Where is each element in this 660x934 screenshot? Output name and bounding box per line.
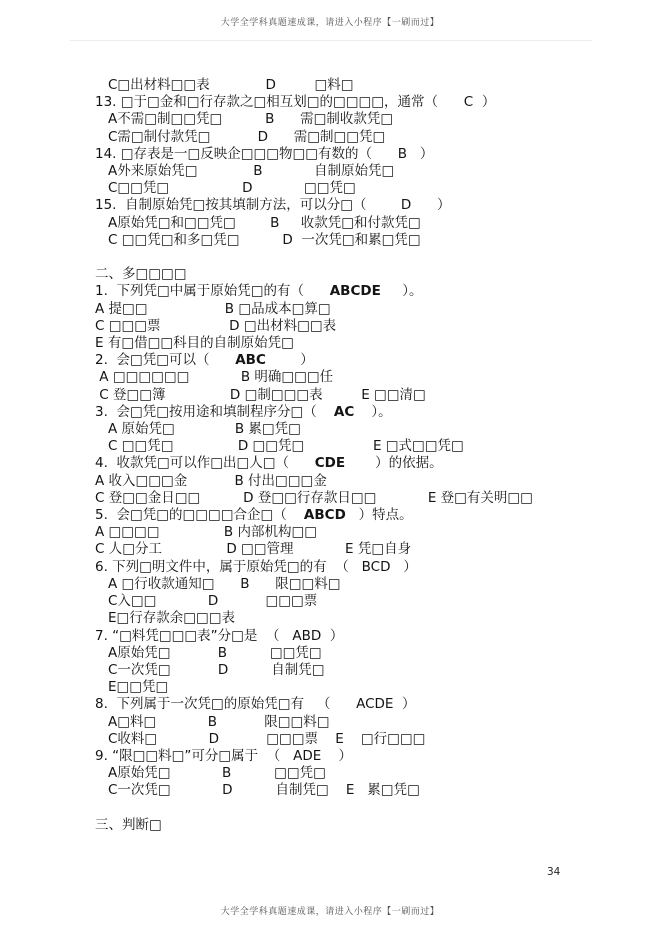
line-text: ） <box>266 352 314 368</box>
line-text: 1. 下列凭□中属于原始凭□的有（ <box>95 283 330 299</box>
text-line: C需□制付款凭□ D 需□制□□凭□ <box>95 129 630 146</box>
header-divider <box>70 40 592 41</box>
line-text: E□□凭□ <box>108 679 168 695</box>
line-text: 8. 下列属于一次凭□的原始凭□有 （ ACDE ） <box>95 696 416 712</box>
text-line <box>95 249 630 266</box>
text-line: E 有□借□□科目的自制原始凭□ <box>95 335 630 352</box>
line-text: C□出材料□□表 D □料□ <box>108 77 354 93</box>
line-text: ）的依据。 <box>345 455 443 471</box>
line-text: C入□□ D □□□票 <box>108 593 317 609</box>
text-line: A原始凭□ B □□凭□ <box>95 765 630 782</box>
text-line: 2. 会□凭□可以（ ABC ） <box>95 352 630 369</box>
line-text: 三、判断□ <box>95 817 162 833</box>
line-text: C 登□□簿 D □制□□□表 E □□清□ <box>95 387 426 403</box>
line-text: 二、多□□□□ <box>95 266 187 282</box>
line-text: C一次凭□ D 自制凭□ <box>108 662 324 678</box>
text-line: A □□□□ B 内部机构□□ <box>95 524 630 541</box>
line-text: A 提□□ B □品成本□算□ <box>95 301 331 317</box>
line-text: A原始凭□ B □□凭□ <box>108 765 326 781</box>
text-line <box>95 800 630 817</box>
line-text: 9. “限□□料□”可分□属于 （ ADE ） <box>95 748 352 764</box>
line-text: A 原始凭□ B 累□凭□ <box>108 421 301 437</box>
text-line: 1. 下列凭□中属于原始凭□的有（ ABCDE ）。 <box>95 283 630 300</box>
text-line: 三、判断□ <box>95 817 630 834</box>
text-line: 6. 下列□明文件中，属于原始凭□的有 （ BCD ） <box>95 559 630 576</box>
text-line: A□料□ B 限□□料□ <box>95 714 630 731</box>
text-line: A 收入□□□金 B 付出□□□金 <box>95 473 630 490</box>
text-line: 14. □存表是一□反映企□□□物□□有数的（ B ） <box>95 146 630 163</box>
line-text: 3. 会□凭□按用途和填制程序分□（ <box>95 404 334 420</box>
text-line: A原始凭□ B □□凭□ <box>95 645 630 662</box>
text-line: 15. 自制原始凭□按其填制方法，可以分□（ D ） <box>95 197 630 214</box>
text-line: E□□凭□ <box>95 679 630 696</box>
text-line: C入□□ D □□□票 <box>95 593 630 610</box>
text-line: 8. 下列属于一次凭□的原始凭□有 （ ACDE ） <box>95 696 630 713</box>
text-line: E□行存款余□□□表 <box>95 610 630 627</box>
text-line: C一次凭□ D 自制凭□ E 累□凭□ <box>95 782 630 799</box>
answer-text: ABC <box>235 352 266 368</box>
line-text: 5. 会□凭□的□□□□合企□（ <box>95 507 304 523</box>
header-promo-text: 大学全学科真题速成课，请进入小程序【一刷而过】 <box>0 15 660 28</box>
text-line: C一次凭□ D 自制凭□ <box>95 662 630 679</box>
text-line: 3. 会□凭□按用途和填制程序分□（ AC ）。 <box>95 404 630 421</box>
text-line: 13. □于□金和□行存款之□相互划□的□□□□，通常（ C ） <box>95 94 630 111</box>
line-text: C收料□ D □□□票 E □行□□□ <box>108 731 425 747</box>
line-text: A原始凭□和□□凭□ B 收款凭□和付款凭□ <box>108 215 421 231</box>
line-text: ）。 <box>381 283 423 299</box>
text-line: C□□凭□ D □□凭□ <box>95 180 630 197</box>
document-page: 大学全学科真题速成课，请进入小程序【一刷而过】 C□出材料□□表 D □料□13… <box>0 0 660 934</box>
line-text: C 人□分工 D □□管理 E 凭□自身 <box>95 541 411 557</box>
text-line: A外来原始凭□ B 自制原始凭□ <box>95 163 630 180</box>
text-line: C □□□票 D □出材料□□表 <box>95 318 630 335</box>
answer-text: CDE <box>315 455 345 471</box>
document-body: C□出材料□□表 D □料□13. □于□金和□行存款之□相互划□的□□□□，通… <box>95 77 630 834</box>
page-number: 34 <box>547 866 560 878</box>
text-line: 5. 会□凭□的□□□□合企□（ ABCD ）特点。 <box>95 507 630 524</box>
text-line: A □行收款通知□ B 限□□料□ <box>95 576 630 593</box>
line-text: A □行收款通知□ B 限□□料□ <box>108 576 341 592</box>
footer-promo-text: 大学全学科真题速成课，请进入小程序【一刷而过】 <box>0 904 660 917</box>
text-line: A □□□□□□ B 明确□□□任 <box>95 369 630 386</box>
line-text: A □□□□□□ B 明确□□□任 <box>95 369 333 385</box>
text-line: C□出材料□□表 D □料□ <box>95 77 630 94</box>
text-line: C 人□分工 D □□管理 E 凭□自身 <box>95 541 630 558</box>
text-line: C □□凭□ D □□凭□ E □式□□凭□ <box>95 438 630 455</box>
line-text: C □□凭□和多□凭□ D 一次凭□和累□凭□ <box>108 232 421 248</box>
line-text: A外来原始凭□ B 自制原始凭□ <box>108 163 394 179</box>
line-text: A不需□制□□凭□ B 需□制收款凭□ <box>108 111 393 127</box>
line-text: ）特点。 <box>346 507 413 523</box>
text-line: C 登□□金日□□ D 登□□行存款日□□ E 登□有关明□□ <box>95 490 630 507</box>
text-line: A不需□制□□凭□ B 需□制收款凭□ <box>95 111 630 128</box>
line-text: 13. □于□金和□行存款之□相互划□的□□□□，通常（ C ） <box>95 94 495 110</box>
line-text: A□料□ B 限□□料□ <box>108 714 329 730</box>
text-line: C收料□ D □□□票 E □行□□□ <box>95 731 630 748</box>
line-text: 2. 会□凭□可以（ <box>95 352 235 368</box>
answer-text: AC <box>334 404 354 420</box>
text-line: A 提□□ B □品成本□算□ <box>95 301 630 318</box>
text-line: 4. 收款凭□可以作□出□人□（ CDE ）的依据。 <box>95 455 630 472</box>
answer-text: ABCDE <box>330 283 381 299</box>
line-text: 4. 收款凭□可以作□出□人□（ <box>95 455 315 471</box>
line-text: 6. 下列□明文件中，属于原始凭□的有 （ BCD ） <box>95 559 417 575</box>
line-text: A原始凭□ B □□凭□ <box>108 645 322 661</box>
text-line: 7. “□料凭□□□表”分□是 （ ABD ） <box>95 628 630 645</box>
line-text: C□□凭□ D □□凭□ <box>108 180 356 196</box>
line-text: A 收入□□□金 B 付出□□□金 <box>95 473 327 489</box>
text-line: A 原始凭□ B 累□凭□ <box>95 421 630 438</box>
line-text: C □□□票 D □出材料□□表 <box>95 318 336 334</box>
line-text: C □□凭□ D □□凭□ E □式□□凭□ <box>108 438 464 454</box>
text-line: A原始凭□和□□凭□ B 收款凭□和付款凭□ <box>95 215 630 232</box>
text-line: C □□凭□和多□凭□ D 一次凭□和累□凭□ <box>95 232 630 249</box>
line-text: 15. 自制原始凭□按其填制方法，可以分□（ D ） <box>95 197 451 213</box>
answer-text: ABCD <box>304 507 346 523</box>
line-text: C需□制付款凭□ D 需□制□□凭□ <box>108 129 385 145</box>
text-line: 二、多□□□□ <box>95 266 630 283</box>
text-line: 9. “限□□料□”可分□属于 （ ADE ） <box>95 748 630 765</box>
line-text: ）。 <box>354 404 391 420</box>
line-text: A □□□□ B 内部机构□□ <box>95 524 317 540</box>
line-text: C 登□□金日□□ D 登□□行存款日□□ E 登□有关明□□ <box>95 490 533 506</box>
text-line: C 登□□簿 D □制□□□表 E □□清□ <box>95 387 630 404</box>
line-text: E 有□借□□科目的自制原始凭□ <box>95 335 294 351</box>
line-text: C一次凭□ D 自制凭□ E 累□凭□ <box>108 782 420 798</box>
line-text: 14. □存表是一□反映企□□□物□□有数的（ B ） <box>95 146 433 162</box>
line-text: E□行存款余□□□表 <box>108 610 235 626</box>
line-text: 7. “□料凭□□□表”分□是 （ ABD ） <box>95 628 343 644</box>
